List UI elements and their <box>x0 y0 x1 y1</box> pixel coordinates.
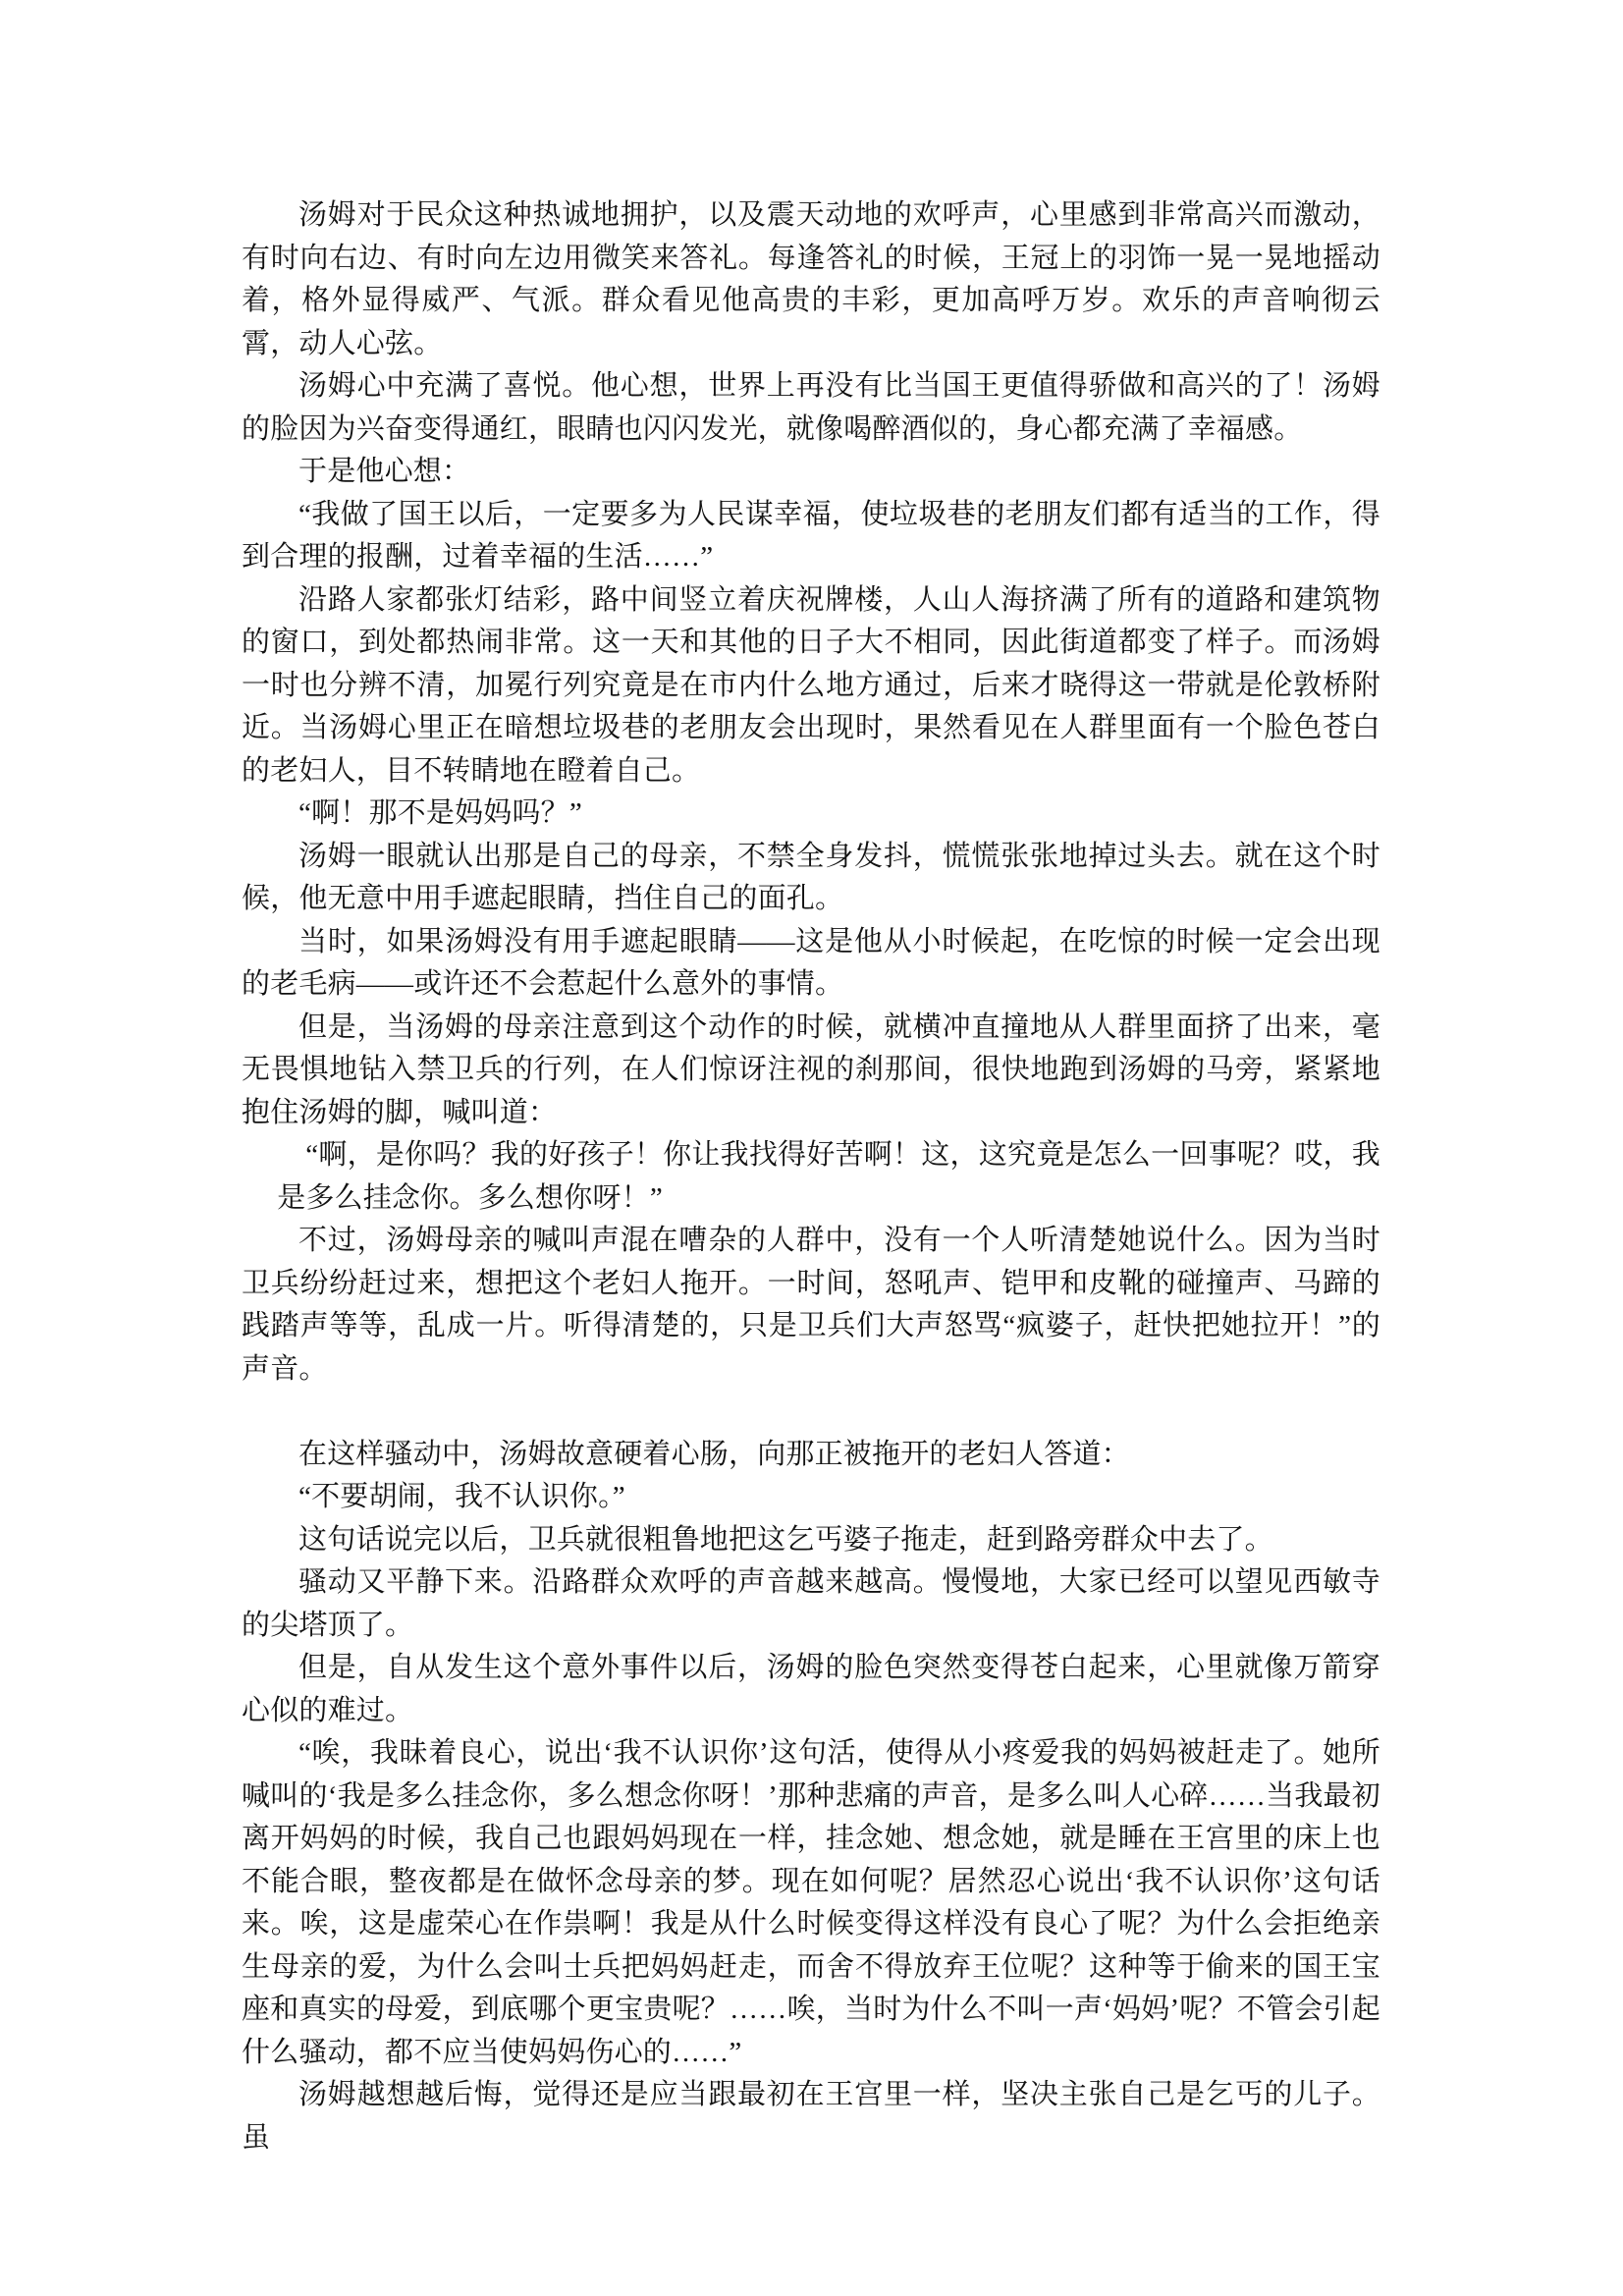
body-text: 汤姆对于民众这种热诚地拥护，以及震天动地的欢呼声，心里感到非常高兴而激动，有时向… <box>242 194 1380 2159</box>
paragraph: “啊！那不是妈妈吗？” <box>242 793 1380 836</box>
paragraph: “我做了国王以后，一定要多为人民谋幸福，使垃圾巷的老朋友们都有适当的工作，得到合… <box>242 494 1380 579</box>
paragraph: 但是，自从发生这个意外事件以后，汤姆的脸色突然变得苍白起来，心里就像万箭穿心似的… <box>242 1647 1380 1732</box>
paragraph: “啊，是你吗？我的好孩子！你让我找得好苦啊！这，这究竟是怎么一回事呢？哎，我是多… <box>242 1134 1380 1220</box>
paragraph: 于是他心想： <box>242 451 1380 494</box>
document-page: 汤姆对于民众这种热诚地拥护，以及震天动地的欢呼声，心里感到非常高兴而激动，有时向… <box>0 0 1623 2296</box>
paragraph: 汤姆越想越后悔，觉得还是应当跟最初在王宫里一样，坚决主张自己是乞丐的儿子。虽 <box>242 2074 1380 2159</box>
paragraph: 沿路人家都张灯结彩，路中间竖立着庆祝牌楼，人山人海挤满了所有的道路和建筑物的窗口… <box>242 579 1380 793</box>
paragraph: 汤姆心中充满了喜悦。他心想，世界上再没有比当国王更值得骄做和高兴的了！汤姆的脸因… <box>242 365 1380 451</box>
paragraph: 当时，如果汤姆没有用手遮起眼睛——这是他从小时候起，在吃惊的时候一定会出现的老毛… <box>242 921 1380 1007</box>
paragraph: 汤姆对于民众这种热诚地拥护，以及震天动地的欢呼声，心里感到非常高兴而激动，有时向… <box>242 194 1380 365</box>
paragraph: “唉，我昧着良心，说出‘我不认识你’这句活，使得从小疼爱我的妈妈被赶走了。她所喊… <box>242 1732 1380 2074</box>
paragraph: 这句话说完以后，卫兵就很粗鲁地把这乞丐婆子拖走，赶到路旁群众中去了。 <box>242 1519 1380 1562</box>
paragraph: 在这样骚动中，汤姆故意硬着心肠，向那正被拖开的老妇人答道： <box>242 1434 1380 1477</box>
paragraph: 但是，当汤姆的母亲注意到这个动作的时候，就横冲直撞地从人群里面挤了出来，毫无畏惧… <box>242 1007 1380 1135</box>
paragraph: 不过，汤姆母亲的喊叫声混在嘈杂的人群中，没有一个人听清楚她说什么。因为当时卫兵纷… <box>242 1220 1380 1391</box>
paragraph: “不要胡闹，我不认识你。” <box>242 1476 1380 1519</box>
paragraph: 骚动又平静下来。沿路群众欢呼的声音越来越高。慢慢地，大家已经可以望见西敏寺的尖塔… <box>242 1561 1380 1647</box>
paragraph: 汤姆一眼就认出那是自己的母亲，不禁全身发抖，慌慌张张地掉过头去。就在这个时候，他… <box>242 836 1380 921</box>
